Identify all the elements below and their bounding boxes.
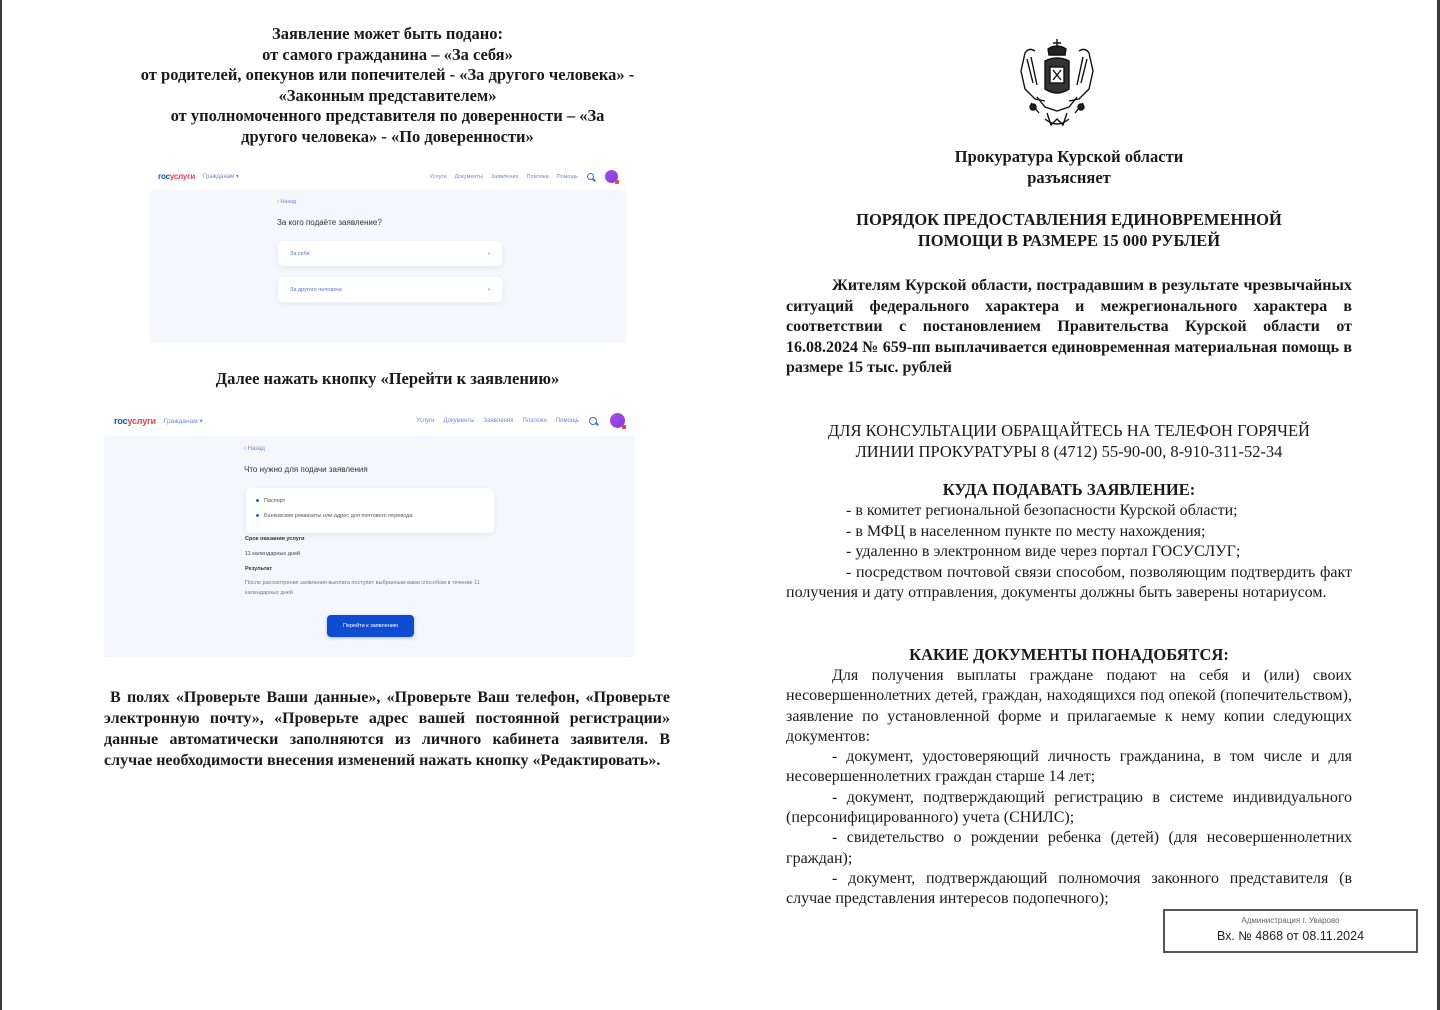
documents-heading: КАКИЕ ДОКУМЕНТЫ ПОНАДОБЯТСЯ: xyxy=(786,645,1352,665)
documents-list: Для получения выплаты граждане подают на… xyxy=(786,666,1352,910)
hotline-info: ДЛЯ КОНСУЛЬТАЦИИ ОБРАЩАЙТЕСЬ НА ТЕЛЕФОН … xyxy=(786,420,1352,462)
list-item: - документ, подтверждающий регистрацию в… xyxy=(786,788,1352,829)
avatar[interactable] xyxy=(610,413,625,428)
requirement-item: Паспорт xyxy=(256,498,484,504)
question-heading: За кого подаёте заявление? xyxy=(277,218,382,227)
requirement-item: Банковские реквизиты или адрес для почто… xyxy=(256,513,484,519)
option-label: За другого человека xyxy=(290,287,342,293)
option-label: За себя xyxy=(290,251,310,257)
result-heading: Результат xyxy=(245,566,272,572)
gosuslugi-logo[interactable]: госуслуги xyxy=(114,416,156,426)
gosuslugi-screenshot-who-applies: госуслуги Гражданам ▾ Услуги Документы З… xyxy=(150,163,626,343)
registration-stamp: Администрация г. Уварово Вх. № 4868 от 0… xyxy=(1163,909,1418,953)
documents-intro: Для получения выплаты граждане подают на… xyxy=(786,666,1352,747)
intro-line: от родителей, опекунов или попечителей -… xyxy=(100,65,675,86)
search-icon[interactable] xyxy=(587,173,594,180)
intro-text: Заявление может быть подано: от самого г… xyxy=(100,24,675,147)
nav-item-services[interactable]: Услуги xyxy=(430,174,447,180)
nav-item-services[interactable]: Услуги xyxy=(416,418,434,424)
header-nav: Услуги Документы Заявления Платежи Помощ… xyxy=(407,413,625,428)
nav-item-documents[interactable]: Документы xyxy=(444,418,475,424)
go-to-application-button[interactable]: Перейти к заявлению xyxy=(327,615,414,637)
nav-item-applications[interactable]: Заявления xyxy=(483,418,513,424)
stamp-organization: Администрация г. Уварово xyxy=(1165,916,1416,925)
avatar[interactable] xyxy=(605,170,618,183)
list-item: - удаленно в электронном виде через порт… xyxy=(786,542,1352,563)
coat-of-arms-icon xyxy=(1015,37,1099,129)
nav-item-help[interactable]: Помощь xyxy=(556,418,579,424)
intro-paragraph: Жителям Курской области, пострадавшим в … xyxy=(786,276,1352,379)
where-heading: КУДА ПОДАВАТЬ ЗАЯВЛЕНИЕ: xyxy=(786,480,1352,500)
back-link[interactable]: ‹ Назад xyxy=(244,446,265,452)
list-item: - в МФЦ в населенном пункте по месту нах… xyxy=(786,522,1352,543)
search-icon[interactable] xyxy=(589,417,597,425)
option-for-other-person[interactable]: За другого человека › xyxy=(278,277,502,302)
role-selector[interactable]: Гражданам ▾ xyxy=(164,417,203,425)
nav-item-payments[interactable]: Платежи xyxy=(526,174,548,180)
document-title: ПОРЯДОК ПРЕДОСТАВЛЕНИЯ ЕДИНОВРЕМЕННОЙ ПО… xyxy=(786,209,1352,251)
list-item: - свидетельство о рождении ребенка (дете… xyxy=(786,828,1352,869)
list-item: - в комитет региональной безопасности Ку… xyxy=(786,501,1352,522)
gosuslugi-header: госуслуги Гражданам ▾ Услуги Документы З… xyxy=(150,163,626,190)
bullet-icon xyxy=(256,514,259,517)
result-text: После рассмотрения заявления выплата пос… xyxy=(245,578,500,598)
nav-item-documents[interactable]: Документы xyxy=(455,174,483,180)
gosuslugi-header: госуслуги Гражданам ▾ Услуги Документы З… xyxy=(104,405,635,436)
requirements-card: Паспорт Банковские реквизиты или адрес д… xyxy=(246,488,494,533)
stamp-registration-number: Вх. № 4868 от 08.11.2024 xyxy=(1165,929,1416,943)
left-column: Заявление может быть подано: от самого г… xyxy=(100,24,675,147)
list-item: - документ, удостоверяющий личность граж… xyxy=(786,747,1352,788)
role-selector[interactable]: Гражданам ▾ xyxy=(203,173,239,180)
nav-item-payments[interactable]: Платежи xyxy=(522,418,546,424)
organization-name: Прокуратура Курской области разъясняет xyxy=(786,147,1352,188)
intro-line: от самого гражданина – «За себя» xyxy=(100,45,675,66)
option-for-self[interactable]: За себя › xyxy=(278,241,502,266)
term-heading: Срок оказания услуги xyxy=(245,536,305,542)
back-link[interactable]: ‹ Назад xyxy=(277,199,296,205)
where-list: - в комитет региональной безопасности Ку… xyxy=(786,501,1352,604)
header-nav: Услуги Документы Заявления Платежи Помощ… xyxy=(422,170,618,183)
gosuslugi-screenshot-requirements: госуслуги Гражданам ▾ Услуги Документы З… xyxy=(104,405,635,657)
autofill-instructions: В полях «Проверьте Ваши данные», «Провер… xyxy=(104,687,670,771)
nav-item-help[interactable]: Помощь xyxy=(557,174,578,180)
list-item: - посредством почтовой связи способом, п… xyxy=(786,563,1352,604)
intro-line: Заявление может быть подано: xyxy=(100,24,675,45)
question-heading: Что нужно для подачи заявления xyxy=(244,465,368,474)
chevron-right-icon: › xyxy=(488,287,490,293)
term-value: 11 календарных дней xyxy=(245,551,300,557)
intro-line: от уполномоченного представителя по дове… xyxy=(100,106,675,127)
page-border-left xyxy=(0,0,2,1010)
intro-line: другого человека» - «По доверенности» xyxy=(100,127,675,148)
nav-item-applications[interactable]: Заявления xyxy=(491,174,519,180)
chevron-right-icon: › xyxy=(488,251,490,257)
intro-line: «Законным представителем» xyxy=(100,86,675,107)
bullet-icon xyxy=(256,499,259,502)
gosuslugi-logo[interactable]: госуслуги xyxy=(158,172,195,181)
instruction-heading: Далее нажать кнопку «Перейти к заявлению… xyxy=(100,369,675,389)
list-item: - документ, подтверждающий полномочия за… xyxy=(786,869,1352,910)
